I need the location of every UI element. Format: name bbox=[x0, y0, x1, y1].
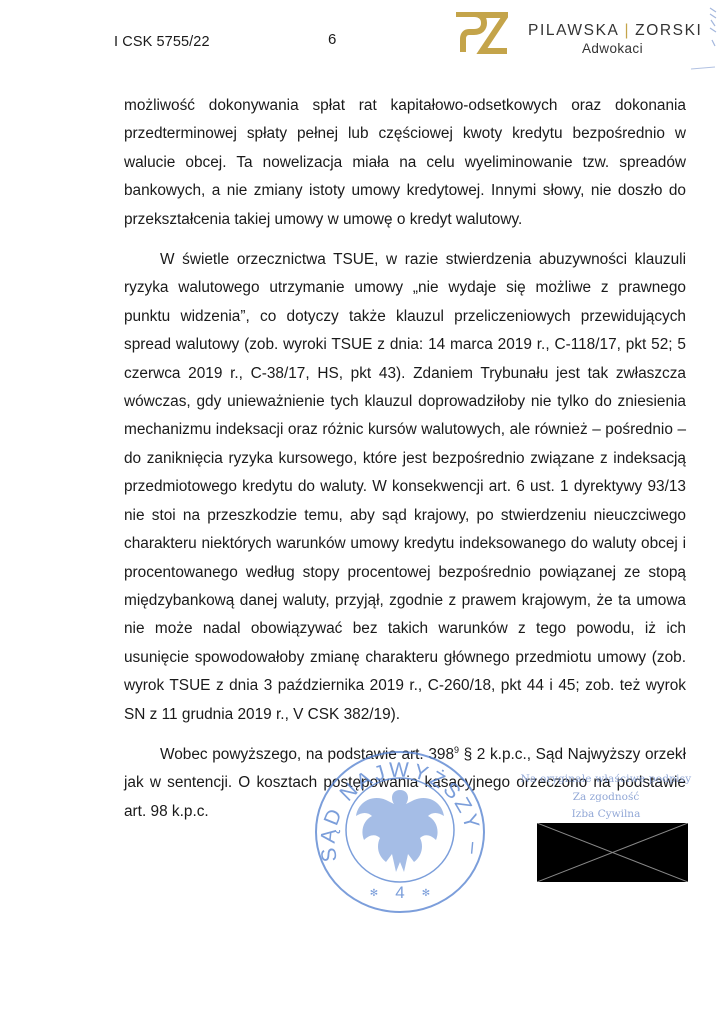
stamp-line-conformity: Za zgodność bbox=[512, 788, 700, 806]
logo-subtitle: Adwokaci bbox=[582, 41, 643, 56]
svg-text:✻: ✻ bbox=[422, 888, 430, 899]
stamp-line-signatures: Na oryginale właściwe podpisy bbox=[512, 770, 700, 788]
court-seal-eagle-icon: SĄD NAJWYŻSZY – C – 4 ✻ ✻ bbox=[312, 750, 488, 916]
law-firm-logo: PILAWSKA|ZORSKI Adwokaci bbox=[454, 8, 724, 58]
certification-stamp: Na oryginale właściwe podpisy Za zgodnoś… bbox=[512, 770, 700, 822]
page-number: 6 bbox=[328, 31, 336, 48]
svg-text:4: 4 bbox=[395, 883, 404, 902]
redacted-signature-box bbox=[537, 823, 688, 882]
redaction-cross-icon bbox=[537, 823, 688, 882]
paragraph: możliwość dokonywania spłat rat kapitało… bbox=[124, 92, 686, 234]
logo-firm-name: PILAWSKA|ZORSKI bbox=[528, 22, 702, 40]
case-number: I CSK 5755/22 bbox=[114, 34, 210, 50]
pz-logo-mark-icon bbox=[454, 12, 508, 54]
paragraph: W świetle orzecznictwa TSUE, w razie stw… bbox=[124, 246, 686, 729]
judgment-body: możliwość dokonywania spłat rat kapitało… bbox=[124, 92, 686, 826]
scan-artifact-icon bbox=[708, 6, 718, 48]
svg-text:✻: ✻ bbox=[370, 888, 378, 899]
stamp-line-chamber: Izba Cywilna bbox=[512, 806, 700, 822]
scan-artifact-icon bbox=[690, 66, 716, 70]
